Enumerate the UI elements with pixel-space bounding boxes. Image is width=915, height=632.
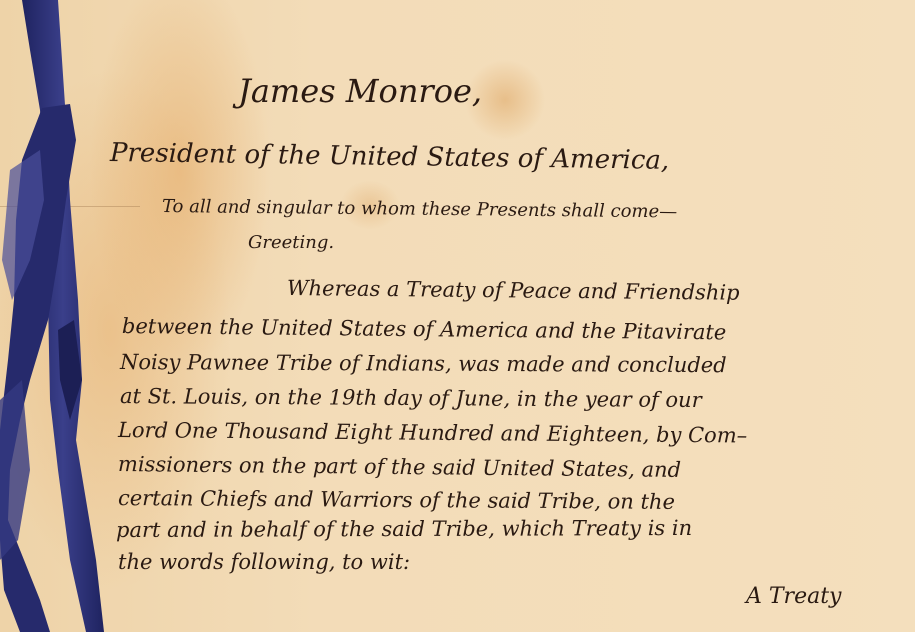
body-line-8: part and in behalf of the said Tribe, wh… xyxy=(116,516,692,542)
greeting-line: Greeting. xyxy=(248,232,334,253)
body-line-4: at St. Louis, on the 19th day of June, i… xyxy=(120,384,702,412)
body-line-7: certain Chiefs and Warriors of the said … xyxy=(118,486,675,514)
body-line-9: the words following, to wit: xyxy=(118,550,410,574)
closing-caption: A Treaty xyxy=(746,584,841,609)
heading-president-name: James Monroe, xyxy=(238,72,482,110)
body-line-1: Whereas a Treaty of Peace and Friendship xyxy=(287,276,740,305)
blue-silk-ribbon-icon xyxy=(0,0,110,632)
body-line-3: Noisy Pawnee Tribe of Indians, was made … xyxy=(120,350,727,377)
